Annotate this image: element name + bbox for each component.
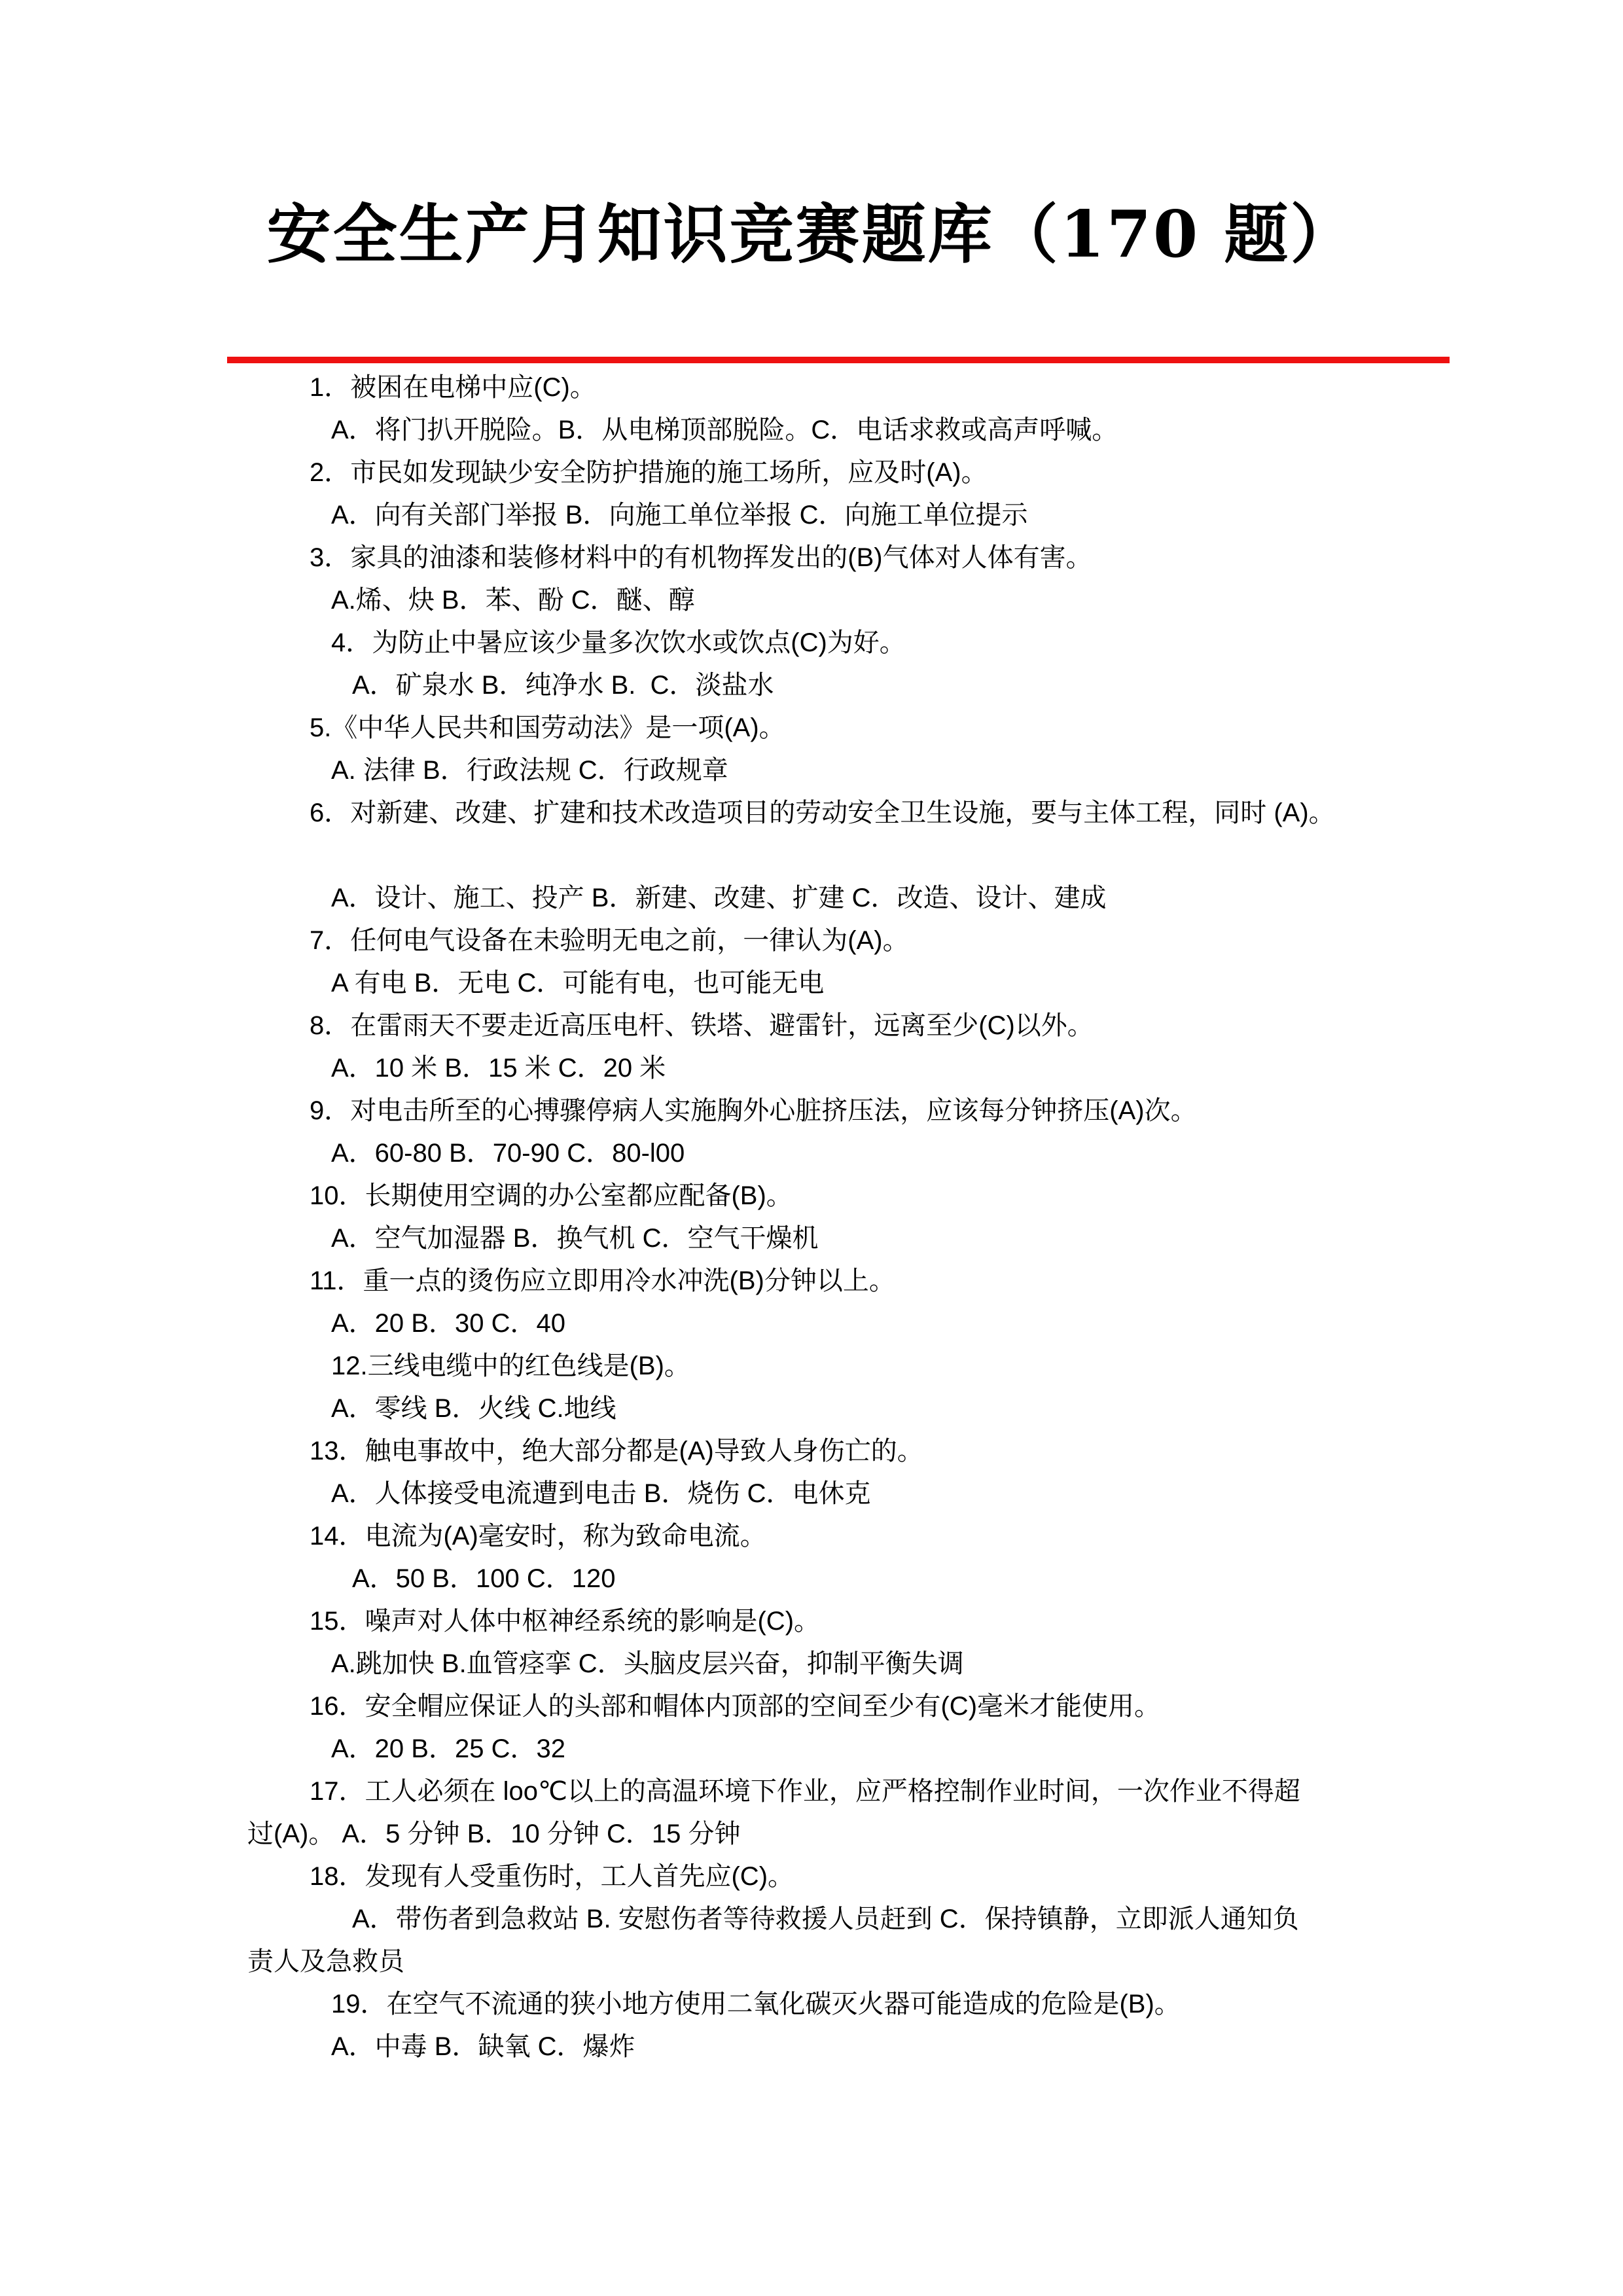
options-line: A 有电 B．无电 C．可能有电，也可能无电 bbox=[247, 962, 1525, 1005]
options-line: A. 法律 B．行政法规 C．行政规章 bbox=[247, 749, 1525, 792]
question-line: 8．在雷雨天不要走近高压电杆、铁塔、避雷针，远离至少(C)以外。 bbox=[247, 1005, 1525, 1047]
options-line: A．带伤者到急救站 B. 安慰伤者等待救援人员赶到 C．保持镇静，立即派人通知负 bbox=[247, 1898, 1525, 1941]
continuation-line: 责人及急救员 bbox=[247, 1941, 1525, 1983]
page-title: 安全生产月知识竞赛题库（170 题） bbox=[0, 202, 1623, 269]
options-line: A．将门扒开脱险。B．从电梯顶部脱险。C．电话求救或高声呼喊。 bbox=[247, 409, 1525, 452]
options-line: A．10 米 B．15 米 C．20 米 bbox=[247, 1047, 1525, 1090]
question-line: 19．在空气不流通的狭小地方使用二氧化碳灭火器可能造成的危险是(B)。 bbox=[247, 1983, 1525, 2026]
question-line: 16．安全帽应保证人的头部和帽体内顶部的空间至少有(C)毫米才能使用。 bbox=[247, 1685, 1525, 1728]
question-line: 5.《中华人民共和国劳动法》是一项(A)。 bbox=[247, 707, 1525, 749]
options-line: A．向有关部门举报 B．向施工单位举报 C．向施工单位提示 bbox=[247, 494, 1525, 537]
blank-line bbox=[247, 834, 1525, 877]
options-line: A．20 B．25 C．32 bbox=[247, 1728, 1525, 1770]
question-line: 15．噪声对人体中枢神经系统的影响是(C)。 bbox=[247, 1600, 1525, 1643]
question-line: 18．发现有人受重伤时，工人首先应(C)。 bbox=[247, 1856, 1525, 1898]
options-line: A．50 B．100 C．120 bbox=[247, 1558, 1525, 1600]
question-line: 6．对新建、改建、扩建和技术改造项目的劳动安全卫生设施，要与主体工程，同时 (A… bbox=[247, 792, 1525, 834]
options-line: A．中毒 B．缺氧 C．爆炸 bbox=[247, 2026, 1525, 2068]
options-line: A．20 B．30 C．40 bbox=[247, 1302, 1525, 1345]
options-line: A．矿泉水 B．纯净水 B. C．淡盐水 bbox=[247, 664, 1525, 707]
question-line: 2．市民如发现缺少安全防护措施的施工场所，应及时(A)。 bbox=[247, 452, 1525, 494]
options-line: A．60-80 B．70-90 C．80-l00 bbox=[247, 1132, 1525, 1175]
document-page: 安全生产月知识竞赛题库（170 题） 1．被困在电梯中应(C)。A．将门扒开脱险… bbox=[0, 0, 1623, 2296]
options-line: A．人体接受电流遭到电击 B．烧伤 C．电休克 bbox=[247, 1473, 1525, 1515]
options-line: A．空气加湿器 B．换气机 C．空气干燥机 bbox=[247, 1217, 1525, 1260]
options-line: A.跳加快 B.血管痉挛 C．头脑皮层兴奋，抑制平衡失调 bbox=[247, 1643, 1525, 1685]
question-line: 3．家具的油漆和装修材料中的有机物挥发出的(B)气体对人体有害。 bbox=[247, 537, 1525, 579]
question-line: 17．工人必须在 loo℃以上的高温环境下作业，应严格控制作业时间，一次作业不得… bbox=[247, 1770, 1525, 1813]
question-line: 11．重一点的烫伤应立即用冷水冲洗(B)分钟以上。 bbox=[247, 1260, 1525, 1302]
question-line: 4．为防止中暑应该少量多次饮水或饮点(C)为好。 bbox=[247, 622, 1525, 664]
question-line: 13．触电事故中，绝大部分都是(A)导致人身伤亡的。 bbox=[247, 1430, 1525, 1473]
question-line: 14．电流为(A)毫安时，称为致命电流。 bbox=[247, 1515, 1525, 1558]
question-line: 10．长期使用空调的办公室都应配备(B)。 bbox=[247, 1175, 1525, 1217]
options-line: A.烯、炔 B．苯、酚 C．醚、醇 bbox=[247, 579, 1525, 622]
red-divider-line bbox=[227, 357, 1450, 363]
continuation-line: 过(A)。 A．5 分钟 B．10 分钟 C．15 分钟 bbox=[247, 1813, 1525, 1856]
question-line: 7．任何电气设备在未验明无电之前，一律认为(A)。 bbox=[247, 920, 1525, 962]
question-line: 12.三线电缆中的红色线是(B)。 bbox=[247, 1345, 1525, 1388]
question-line: 1．被困在电梯中应(C)。 bbox=[247, 367, 1525, 409]
question-line: 9．对电击所至的心搏骤停病人实施胸外心脏挤压法，应该每分钟挤压(A)次。 bbox=[247, 1090, 1525, 1132]
question-list: 1．被困在电梯中应(C)。A．将门扒开脱险。B．从电梯顶部脱险。C．电话求救或高… bbox=[247, 367, 1525, 2068]
options-line: A．零线 B．火线 C.地线 bbox=[247, 1388, 1525, 1430]
options-line: A．设计、施工、投产 B．新建、改建、扩建 C．改造、设计、建成 bbox=[247, 877, 1525, 920]
